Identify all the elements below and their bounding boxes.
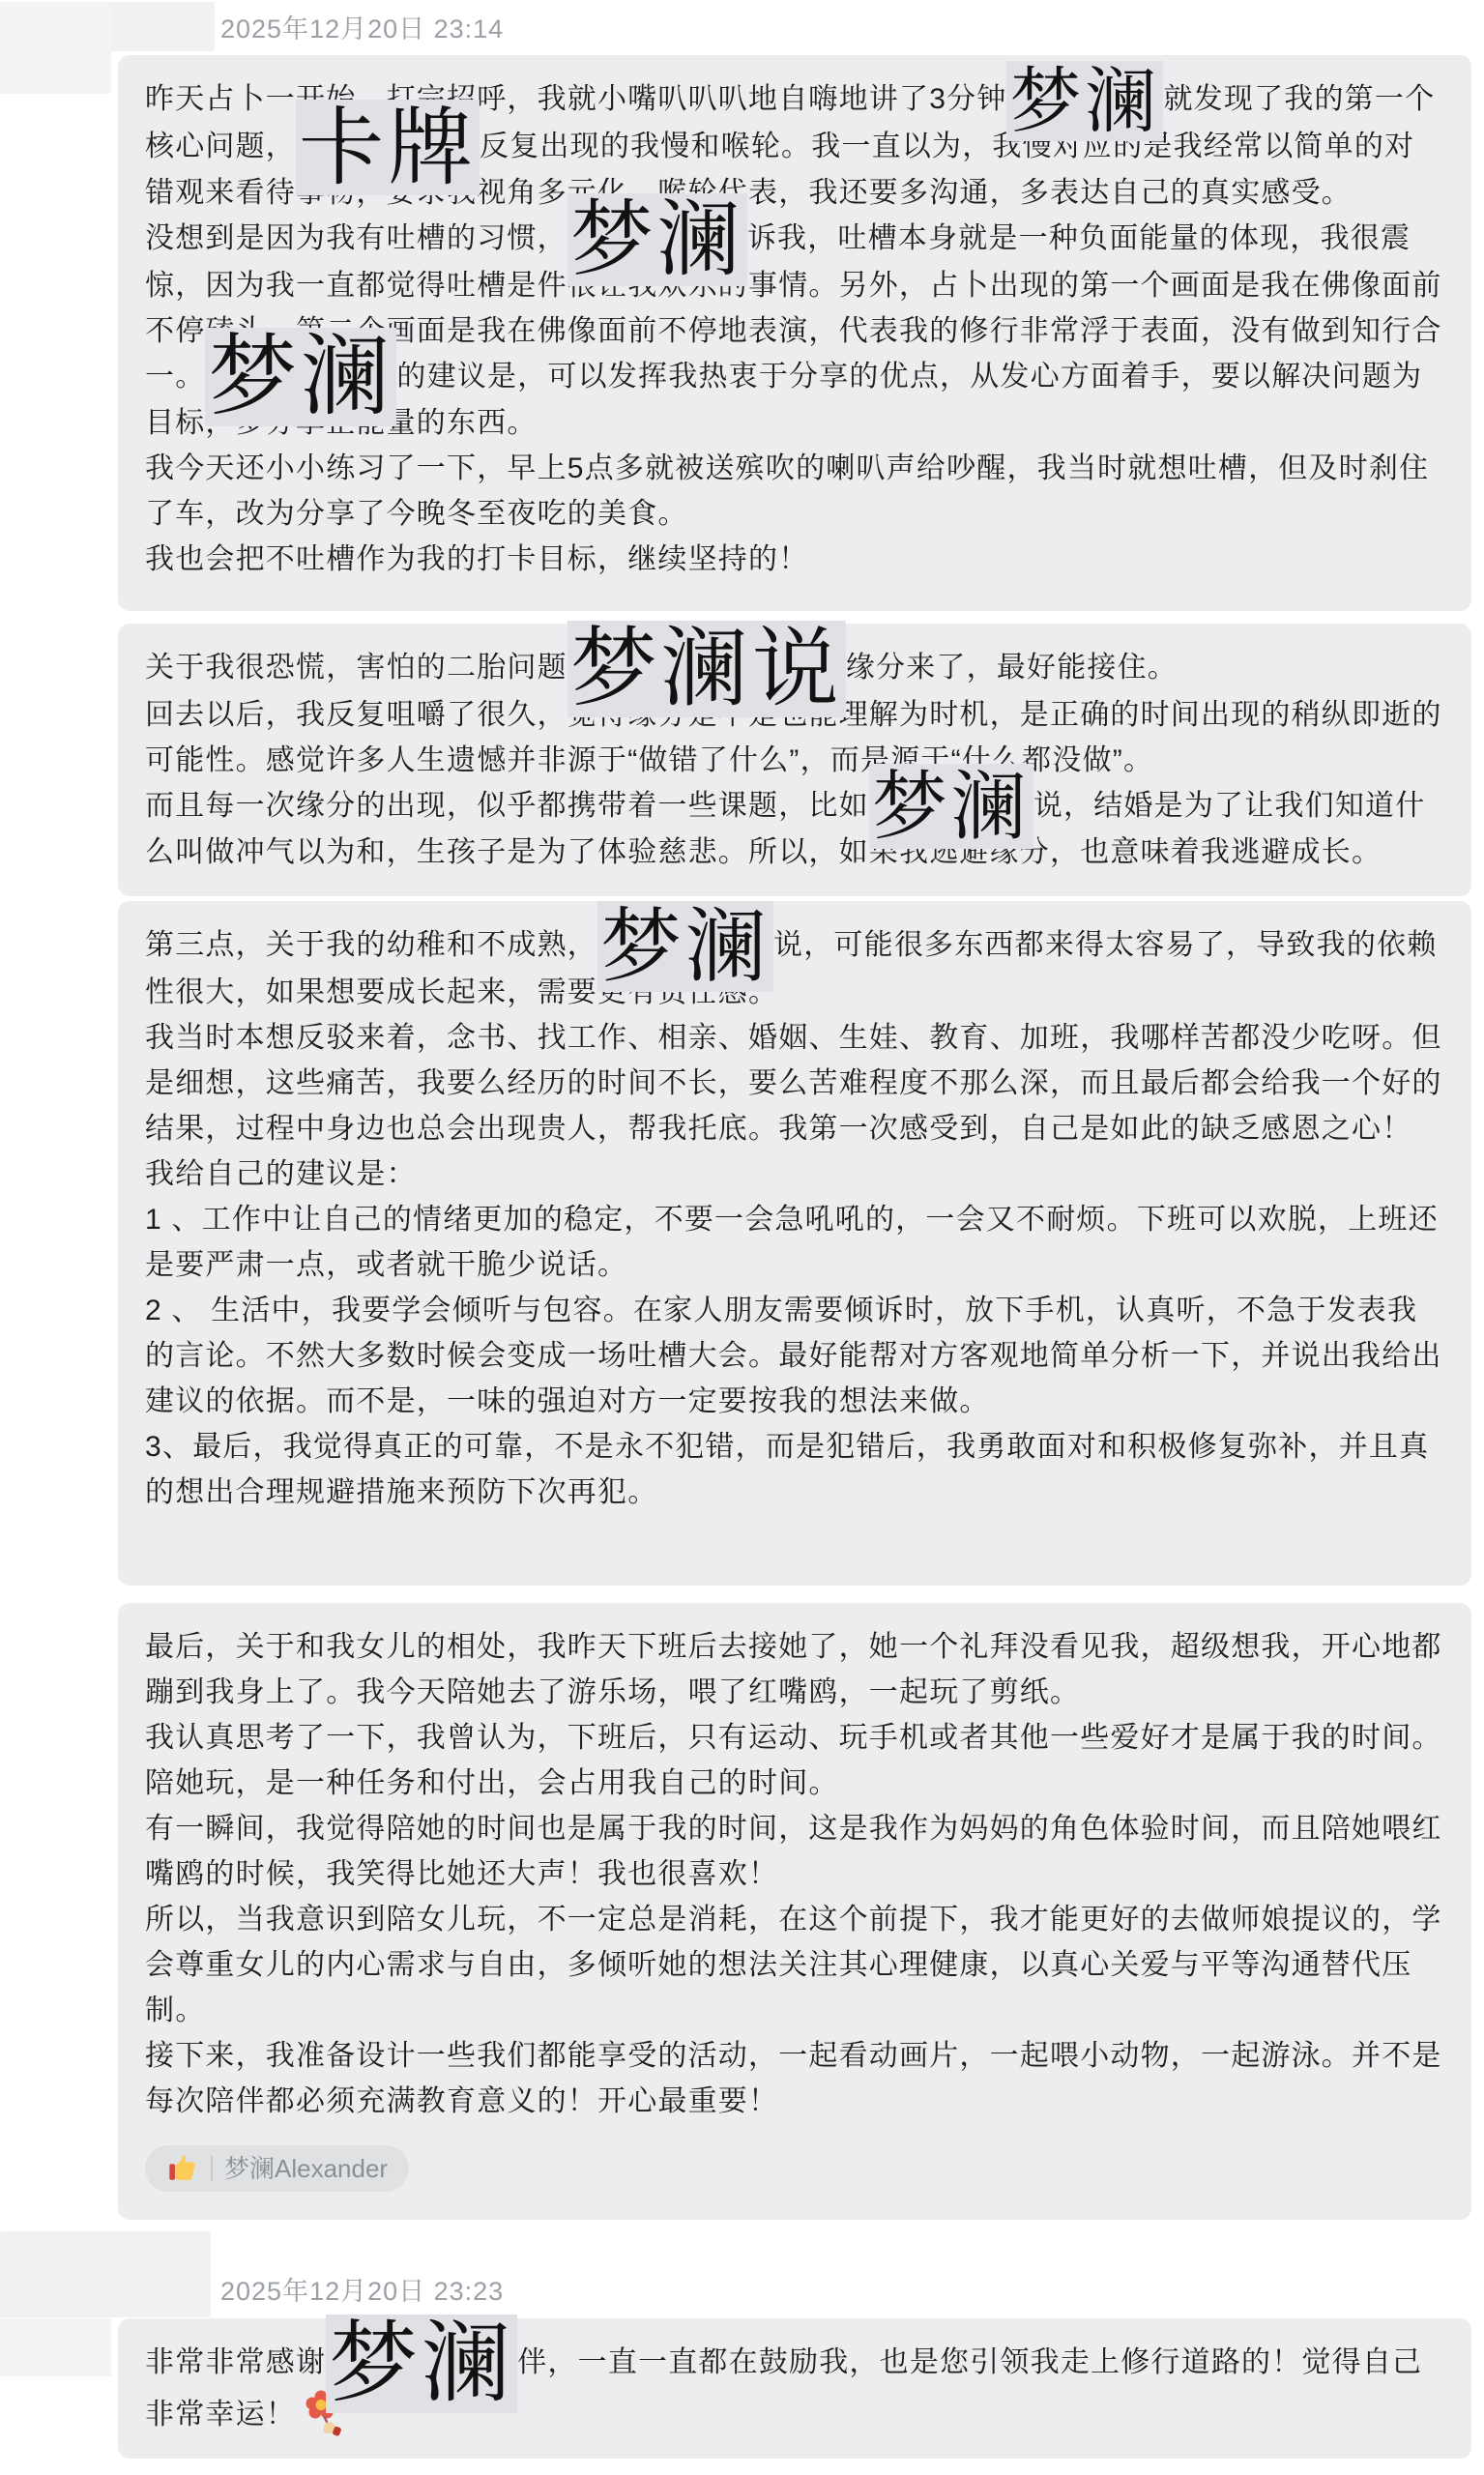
message-paragraph: 非常非常感谢梦澜伴，一直一直都在鼓励我，也是您引领我走上修行道路的！觉得自己非常… bbox=[145, 2340, 1444, 2437]
message-paragraph: 而且每一次缘分的出现，似乎都携带着一些课题，比如梦澜说，结婚是为了让我们知道什么… bbox=[145, 783, 1444, 876]
message-paragraph: 昨天占卜一开始，打完招呼，我就小嘴叭叭叭地自嗨地讲了3分钟梦澜就发现了我的第一个… bbox=[145, 76, 1444, 216]
message-paragraph: 接下来，我准备设计一些我们都能享受的活动，一起看动画片，一起喂小动物，一起游泳。… bbox=[145, 2033, 1444, 2124]
timestamp: 2025年12月20日 23:14 bbox=[220, 8, 504, 45]
message-text: 最后，关于和我女儿的相处，我昨天下班后去接她了，她一个礼拜没看见我，超级想我，开… bbox=[145, 1631, 1442, 1708]
message-text: 1 、工作中让自己的情绪更加的稳定，不要一会急吼吼的，一会又不耐烦。下班可以欢脱… bbox=[145, 1204, 1439, 1281]
message-paragraph: 第三点，关于我的幼稚和不成熟，梦澜说，可能很多东西都来得太容易了，导致我的依赖性… bbox=[145, 922, 1444, 1015]
reaction-pill[interactable]: 梦澜Alexander bbox=[145, 2145, 409, 2192]
message-bubble[interactable]: 非常非常感谢梦澜伴，一直一直都在鼓励我，也是您引领我走上修行道路的！觉得自己非常… bbox=[118, 2318, 1471, 2459]
message-paragraph: 我今天还小小练习了一下，早上5点多就被送殡吹的喇叭声给吵醒，我当时就想吐槽，但及… bbox=[145, 446, 1444, 537]
overlay-name-sticker: 卡牌 bbox=[296, 100, 480, 195]
message-text: 所以，当我意识到陪女儿玩，不一定总是消耗，在这个前提下，我才能更好的去做师娘提议… bbox=[145, 1904, 1442, 2026]
message-bubble[interactable]: 最后，关于和我女儿的相处，我昨天下班后去接她了，她一个礼拜没看见我，超级想我，开… bbox=[118, 1603, 1471, 2220]
redaction-block bbox=[0, 2, 111, 94]
message-text: 我认真思考了一下，我曾认为，下班后，只有运动、玩手机或者其他一些爱好才是属于我的… bbox=[145, 1722, 1442, 1799]
message-text: 非常非常感谢 bbox=[145, 2346, 326, 2378]
message-text: 昨天占卜一开始，打完招呼，我就小嘴叭叭叭地自嗨地讲了3分钟 bbox=[145, 83, 1006, 115]
message-paragraph: 关于我很恐慌，害怕的二胎问题梦澜说缘分来了，最好能接住。 bbox=[145, 645, 1444, 692]
pill-divider bbox=[211, 2156, 213, 2181]
message-text: 我今天还小小练习了一下，早上5点多就被送殡吹的喇叭声给吵醒，我当时就想吐槽，但及… bbox=[145, 452, 1429, 530]
message-text: 3、最后，我觉得真正的可靠，不是永不犯错，而是犯错后，我勇敢面对和积极修复弥补，… bbox=[145, 1431, 1429, 1508]
message-paragraph: 我也会把不吐槽作为我的打卡目标，继续坚持的！ bbox=[145, 537, 1444, 582]
message-paragraph: 没想到是因为我有吐槽的习惯，梦澜诉我，吐槽本身就是一种负面能量的体现，我很震惊，… bbox=[145, 216, 1444, 446]
message-bubble[interactable]: 昨天占卜一开始，打完招呼，我就小嘴叭叭叭地自嗨地讲了3分钟梦澜就发现了我的第一个… bbox=[118, 55, 1471, 611]
redaction-block bbox=[0, 2231, 211, 2317]
message-text: 我当时本想反驳来着，念书、找工作、相亲、婚姻、生娃、教育、加班，我哪样苦都没少吃… bbox=[145, 1022, 1442, 1145]
overlay-name-sticker: 梦澜说 bbox=[567, 621, 846, 717]
message-text: 接下来，我准备设计一些我们都能享受的活动，一起看动画片，一起喂小动物，一起游泳。… bbox=[145, 2040, 1442, 2117]
message-paragraph: 1 、工作中让自己的情绪更加的稳定，不要一会急吼吼的，一会又不耐烦。下班可以欢脱… bbox=[145, 1197, 1444, 1288]
message-text: 有一瞬间，我觉得陪她的时间也是属于我的时间，这是我作为妈妈的角色体验时间，而且陪… bbox=[145, 1813, 1442, 1890]
message-text: 2 、 生活中，我要学会倾听与包容。在家人朋友需要倾诉时，放下手机，认真听，不急… bbox=[145, 1295, 1442, 1417]
thumbs-up-icon bbox=[166, 2152, 199, 2185]
overlay-name-sticker: 梦澜 bbox=[597, 901, 773, 992]
message-text: 没想到是因为我有吐槽的习惯， bbox=[145, 222, 567, 254]
timestamp: 2025年12月20日 23:23 bbox=[220, 2270, 504, 2308]
message-paragraph: 我当时本想反驳来着，念书、找工作、相亲、婚姻、生娃、教育、加班，我哪样苦都没少吃… bbox=[145, 1015, 1444, 1151]
reaction-user-name: 梦澜Alexander bbox=[224, 2146, 388, 2192]
message-paragraph: 最后，关于和我女儿的相处，我昨天下班后去接她了，她一个礼拜没看见我，超级想我，开… bbox=[145, 1624, 1444, 1715]
message-paragraph: 我认真思考了一下，我曾认为，下班后，只有运动、玩手机或者其他一些爱好才是属于我的… bbox=[145, 1715, 1444, 1806]
overlay-name-sticker: 梦澜 bbox=[326, 2315, 517, 2413]
message-text: 我也会把不吐槽作为我的打卡目标，继续坚持的！ bbox=[145, 543, 808, 575]
redaction-block bbox=[0, 2318, 111, 2376]
message-text: 我给自己的建议是： bbox=[145, 1158, 417, 1190]
message-text: 第三点，关于我的幼稚和不成熟， bbox=[145, 929, 597, 961]
message-paragraph: 有一瞬间，我觉得陪她的时间也是属于我的时间，这是我作为妈妈的角色体验时间，而且陪… bbox=[145, 1806, 1444, 1897]
message-paragraph: 所以，当我意识到陪女儿玩，不一定总是消耗，在这个前提下，我才能更好的去做师娘提议… bbox=[145, 1897, 1444, 2033]
overlay-name-sticker: 梦澜 bbox=[567, 193, 747, 286]
message-bubble[interactable]: 第三点，关于我的幼稚和不成熟，梦澜说，可能很多东西都来得太容易了，导致我的依赖性… bbox=[118, 901, 1471, 1586]
message-text: 关于我很恐慌，害怕的二胎问题 bbox=[145, 652, 567, 684]
overlay-name-sticker: 梦澜 bbox=[869, 764, 1033, 849]
message-bubble[interactable]: 关于我很恐慌，害怕的二胎问题梦澜说缘分来了，最好能接住。回去以后，我反复咀嚼了很… bbox=[118, 624, 1471, 896]
overlay-name-sticker: 梦澜 bbox=[205, 328, 396, 426]
message-paragraph: 2 、 生活中，我要学会倾听与包容。在家人朋友需要倾诉时，放下手机，认真听，不急… bbox=[145, 1288, 1444, 1424]
overlay-name-sticker: 梦澜 bbox=[1006, 61, 1163, 141]
message-text: 缘分来了，最好能接住。 bbox=[846, 652, 1178, 684]
message-paragraph: 3、最后，我觉得真正的可靠，不是永不犯错，而是犯错后，我勇敢面对和积极修复弥补，… bbox=[145, 1424, 1444, 1515]
message-paragraph: 我给自己的建议是： bbox=[145, 1151, 1444, 1197]
message-text: 而且每一次缘分的出现，似乎都携带着一些课题，比如 bbox=[145, 790, 869, 822]
